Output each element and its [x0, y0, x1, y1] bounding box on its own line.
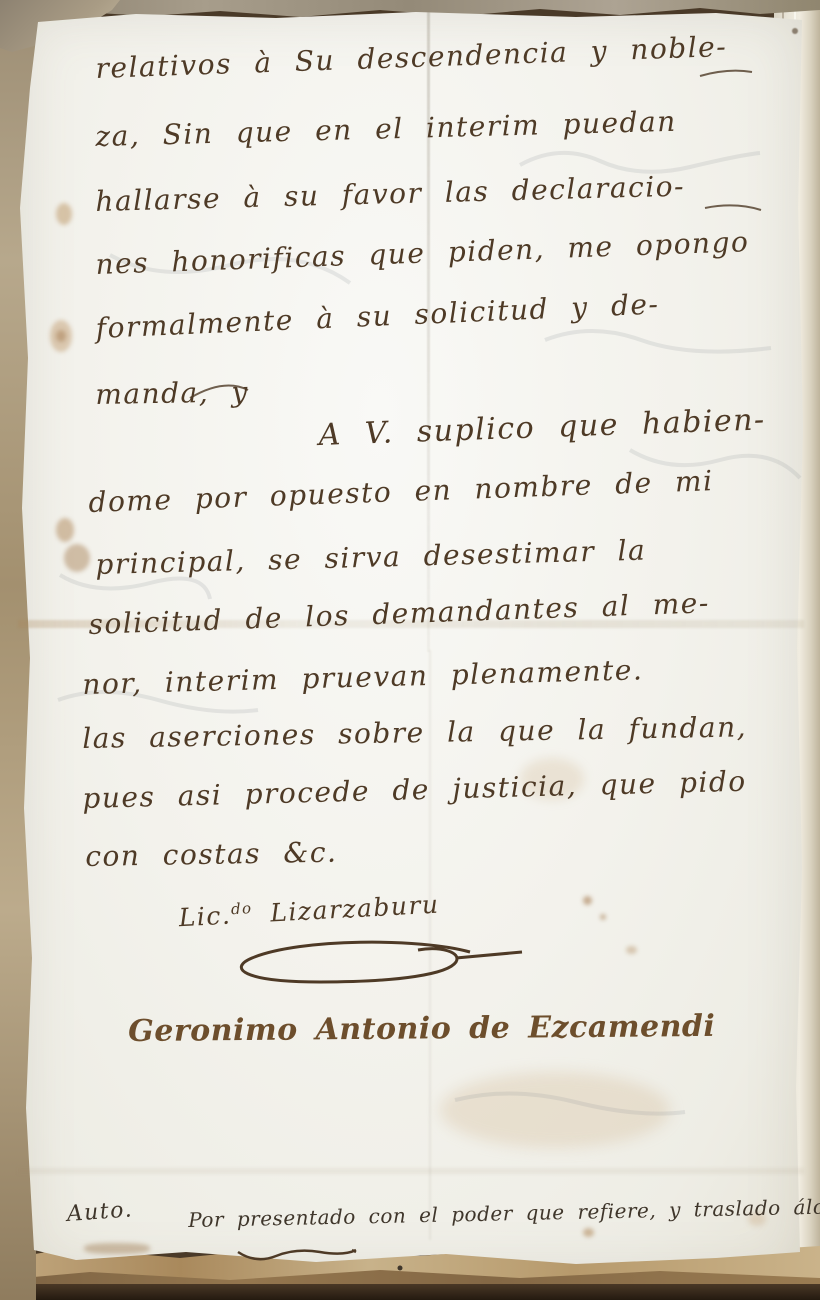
fold-crease-horizontal-faint: [18, 1168, 804, 1174]
manuscript-line: manda, y: [95, 375, 249, 411]
stain: [56, 330, 66, 342]
stain-streak: [84, 1243, 150, 1254]
signature-prefix: Lic.: [178, 901, 232, 933]
manuscript-scan: relativos à Su descendencia y noble- za,…: [0, 0, 820, 1300]
manuscript-line: con costas &c.: [85, 836, 338, 873]
stain: [600, 914, 606, 920]
stain: [56, 203, 72, 225]
stain-large-faint: [440, 1072, 670, 1148]
stain: [626, 946, 637, 954]
ink-dot: [792, 28, 798, 34]
auto-marginal-note-label: Auto.: [66, 1197, 134, 1227]
stain: [56, 518, 74, 542]
stain: [583, 1228, 594, 1237]
stain: [64, 544, 90, 572]
scan-backing-strip: [0, 1284, 820, 1300]
principal-signature: Geronimo Antonio de Ezcamendi: [128, 1009, 715, 1049]
stain: [583, 896, 592, 905]
signature-superscript: do: [230, 899, 253, 918]
